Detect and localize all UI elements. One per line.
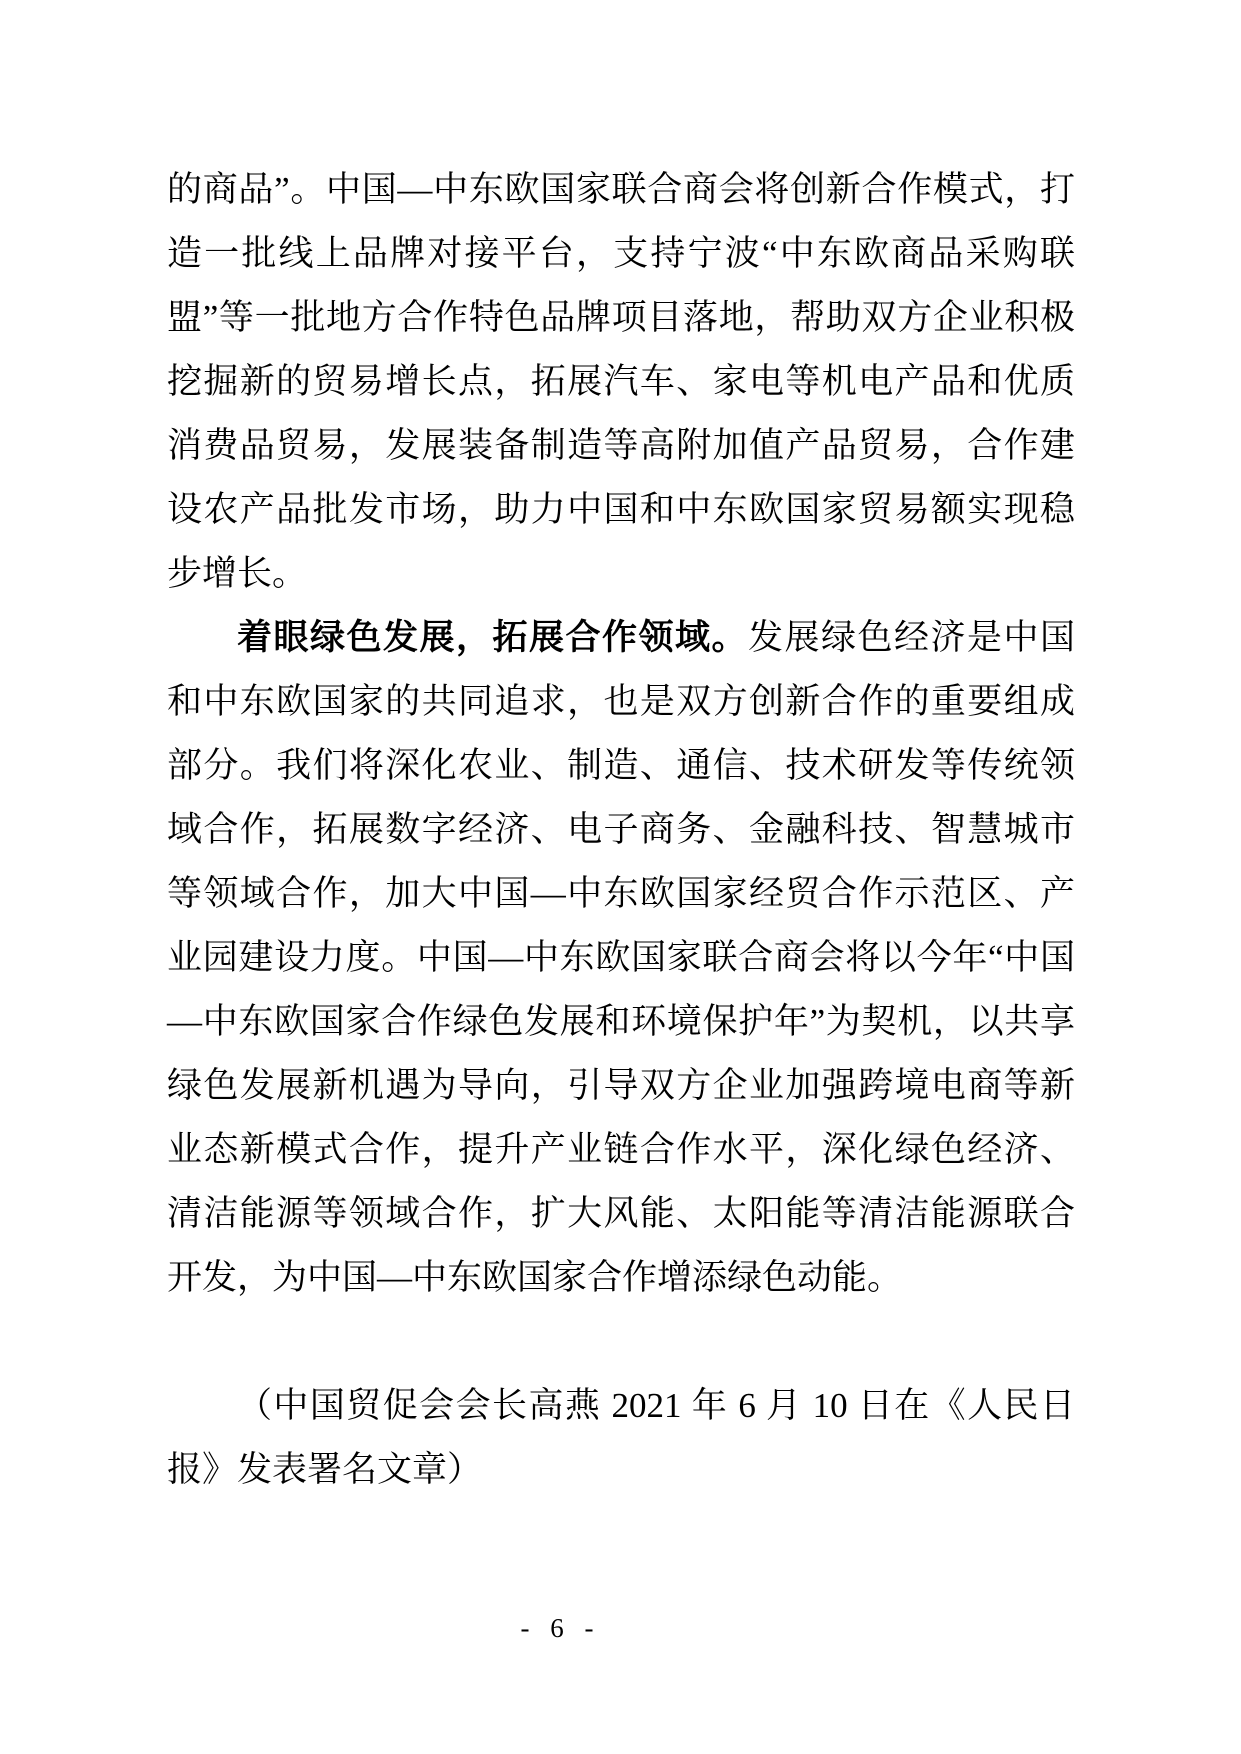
paragraph-signature: （中国贸促会会长高燕 2021 年 6 月 10 日在《人民日报》发表署名文章） — [167, 1374, 1075, 1502]
document-page: 的商品”。中国—中东欧国家联合商会将创新合作模式，打造一批线上品牌对接平台，支持… — [0, 0, 1241, 1754]
page-footer: - 6 - — [0, 1608, 1241, 1648]
paragraph-trade-cooperation: 的商品”。中国—中东欧国家联合商会将创新合作模式，打造一批线上品牌对接平台，支持… — [167, 158, 1075, 606]
paragraph-green-development-body: 发展绿色经济是中国和中东欧国家的共同追求，也是双方创新合作的重要组成部分。我们将… — [167, 618, 1075, 1297]
paragraph-green-development: 着眼绿色发展，拓展合作领域。发展绿色经济是中国和中东欧国家的共同追求，也是双方创… — [167, 606, 1075, 1310]
paragraph-lead-bold: 着眼绿色发展，拓展合作领域。 — [237, 618, 748, 657]
page-number: - 6 - — [521, 1613, 601, 1643]
